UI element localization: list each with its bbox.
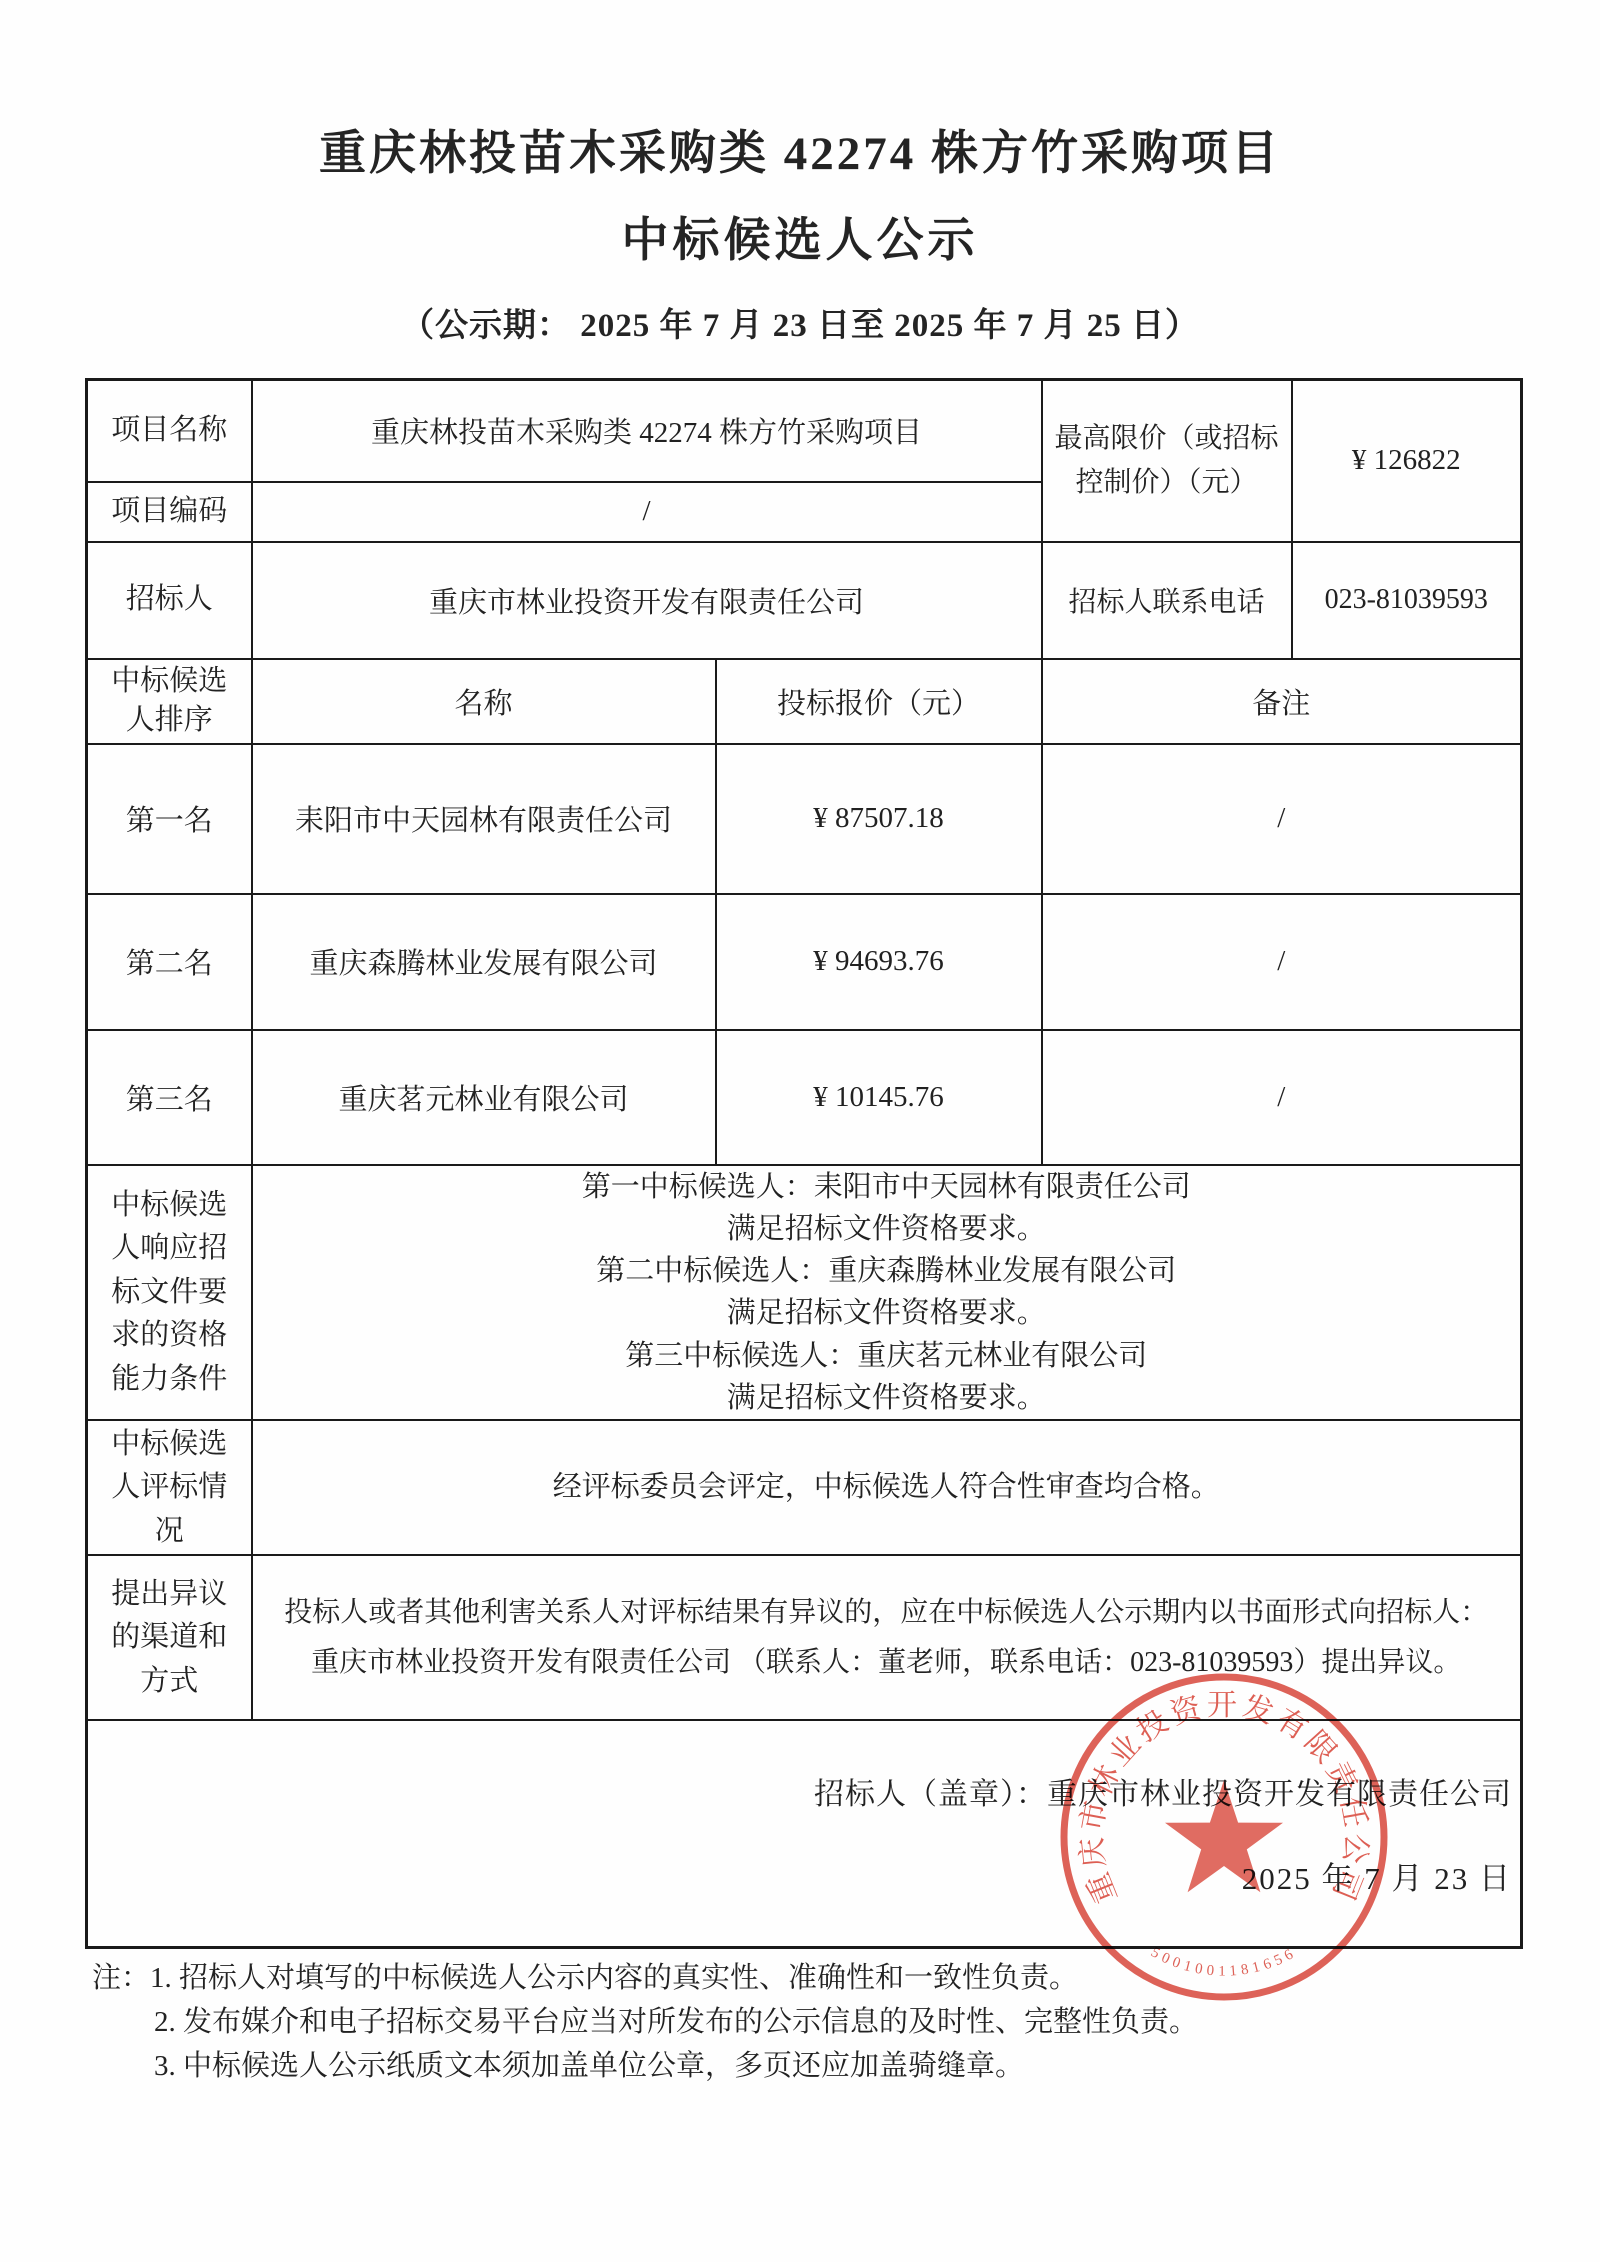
publicity-period: （公示期： 2025 年 7 月 23 日至 2025 年 7 月 25 日） <box>0 299 1600 346</box>
qualification-line: 第二中标候选人：重庆森腾林业发展有限公司 <box>253 1250 1521 1292</box>
max-price-value-cell: ¥ 126822 <box>1292 380 1522 542</box>
rank-header-cell: 中标候选人排序 <box>87 659 252 744</box>
candidate-remark: / <box>1042 894 1522 1030</box>
signature-date: 2025 年 7 月 23 日 <box>1242 1853 1512 1898</box>
evaluation-content-cell: 经评标委员会评定，中标候选人符合性审查均合格。 <box>252 1420 1522 1555</box>
bidder-phone-label-cell: 招标人联系电话 <box>1042 542 1292 659</box>
qualification-label: 中标候选人响应招标文件要求的资格能力条件 <box>107 1184 231 1402</box>
bidder-label-cell: 招标人 <box>87 542 252 659</box>
project-name-label: 项目名称 <box>107 409 231 453</box>
evaluation-label-cell: 中标候选人评标情况 <box>87 1420 252 1555</box>
table-row-candidate-2: 第二名 重庆森腾林业发展有限公司 ¥ 94693.76 / <box>87 894 1522 1030</box>
objection-content-cell: 投标人或者其他利害关系人对评标结果有异议的，应在中标候选人公示期内以书面形式向招… <box>252 1555 1522 1720</box>
project-name-label-cell: 项目名称 <box>87 380 252 482</box>
candidate-price: ¥ 10145.76 <box>716 1030 1042 1165</box>
footnote-1: 注：1. 招标人对填写的中标候选人公示内容的真实性、准确性和一致性负责。 <box>92 1956 1562 2000</box>
candidate-name: 重庆茗元林业有限公司 <box>252 1030 716 1165</box>
row-bidder: 招标人 重庆市林业投资开发有限责任公司 招标人联系电话 023-81039593 <box>87 542 1522 659</box>
row-objection: 提出异议的渠道和方式 投标人或者其他利害关系人对评标结果有异议的，应在中标候选人… <box>87 1555 1522 1720</box>
footnote-2: 2. 发布媒介和电子招标交易平台应当对所发布的公示信息的及时性、完整性负责。 <box>92 2000 1562 2044</box>
project-code-label-cell: 项目编码 <box>87 482 252 542</box>
qualification-label-cell: 中标候选人响应招标文件要求的资格能力条件 <box>87 1165 252 1421</box>
qualification-content-cell: 第一中标候选人：耒阳市中天园林有限责任公司 满足招标文件资格要求。 第二中标候选… <box>252 1165 1522 1421</box>
candidate-rank: 第二名 <box>87 894 252 1030</box>
candidate-name: 耒阳市中天园林有限责任公司 <box>252 744 716 894</box>
evaluation-label: 中标候选人评标情况 <box>107 1423 231 1554</box>
rank-header: 中标候选人排序 <box>107 662 231 740</box>
evaluation-text: 经评标委员会评定，中标候选人符合性审查均合格。 <box>253 1466 1521 1510</box>
candidate-remark: / <box>1042 744 1522 894</box>
objection-line2: 重庆市林业投资开发有限责任公司 （联系人：董老师，联系电话：023-810395… <box>253 1638 1521 1688</box>
candidate-rank: 第一名 <box>87 744 252 894</box>
candidate-remark: / <box>1042 1030 1522 1165</box>
footnote-3: 3. 中标候选人公示纸质文本须加盖单位公章，多页还应加盖骑缝章。 <box>92 2044 1562 2088</box>
signature-line: 招标人（盖章）：重庆市林业投资开发有限责任公司 <box>814 1769 1512 1813</box>
project-name-value-cell: 重庆林投苗木采购类 42274 株方竹采购项目 <box>252 380 1042 482</box>
qualification-line: 第三中标候选人：重庆茗元林业有限公司 <box>253 1335 1521 1377</box>
max-price-label-cell: 最高限价（或招标 控制价）（元） <box>1042 380 1292 542</box>
objection-label: 提出异议的渠道和方式 <box>107 1573 231 1704</box>
document-page: 重庆林投苗木采购类 42274 株方竹采购项目 中标候选人公示 （公示期： 20… <box>0 0 1600 2262</box>
candidate-rank: 第三名 <box>87 1030 252 1165</box>
price-header-cell: 投标报价（元） <box>716 659 1042 744</box>
row-candidates-header: 中标候选人排序 名称 投标报价（元） 备注 <box>87 659 1522 744</box>
candidate-price: ¥ 94693.76 <box>716 894 1042 1030</box>
qualification-line: 满足招标文件资格要求。 <box>253 1292 1521 1334</box>
project-code-label: 项目编码 <box>107 490 231 534</box>
footnote-label: 注： <box>92 1962 150 1994</box>
signature-cell: 招标人（盖章）：重庆市林业投资开发有限责任公司 2025 年 7 月 23 日 <box>87 1720 1522 1947</box>
bidder-value-cell: 重庆市林业投资开发有限责任公司 <box>252 542 1042 659</box>
footnotes: 注：1. 招标人对填写的中标候选人公示内容的真实性、准确性和一致性负责。 2. … <box>92 1956 1562 2088</box>
remark-header-cell: 备注 <box>1042 659 1522 744</box>
row-qualification: 中标候选人响应招标文件要求的资格能力条件 第一中标候选人：耒阳市中天园林有限责任… <box>87 1165 1522 1421</box>
project-code-value-cell: / <box>252 482 1042 542</box>
bidder-phone-value-cell: 023-81039593 <box>1292 542 1522 659</box>
document-title-line2: 中标候选人公示 <box>0 203 1600 270</box>
table-row-candidate-1: 第一名 耒阳市中天园林有限责任公司 ¥ 87507.18 / <box>87 744 1522 894</box>
candidate-name: 重庆森腾林业发展有限公司 <box>252 894 716 1030</box>
objection-line1: 投标人或者其他利害关系人对评标结果有异议的，应在中标候选人公示期内以书面形式向招… <box>253 1588 1521 1638</box>
announcement-table: 项目名称 重庆林投苗木采购类 42274 株方竹采购项目 最高限价（或招标 控制… <box>85 378 1523 1949</box>
row-project-name: 项目名称 重庆林投苗木采购类 42274 株方竹采购项目 最高限价（或招标 控制… <box>87 380 1522 482</box>
qualification-line: 第一中标候选人：耒阳市中天园林有限责任公司 <box>253 1166 1521 1208</box>
objection-label-cell: 提出异议的渠道和方式 <box>87 1555 252 1720</box>
qualification-line: 满足招标文件资格要求。 <box>253 1377 1521 1419</box>
row-evaluation: 中标候选人评标情况 经评标委员会评定，中标候选人符合性审查均合格。 <box>87 1420 1522 1555</box>
name-header-cell: 名称 <box>252 659 716 744</box>
document-title-line1: 重庆林投苗木采购类 42274 株方竹采购项目 <box>0 116 1600 183</box>
qualification-line: 满足招标文件资格要求。 <box>253 1208 1521 1250</box>
row-signature: 招标人（盖章）：重庆市林业投资开发有限责任公司 2025 年 7 月 23 日 <box>87 1720 1522 1947</box>
table-row-candidate-3: 第三名 重庆茗元林业有限公司 ¥ 10145.76 / <box>87 1030 1522 1165</box>
max-price-label-line2: 控制价）（元） <box>1043 461 1291 504</box>
bidder-label: 招标人 <box>107 578 231 622</box>
max-price-label-line1: 最高限价（或招标 <box>1043 417 1291 460</box>
candidate-price: ¥ 87507.18 <box>716 744 1042 894</box>
